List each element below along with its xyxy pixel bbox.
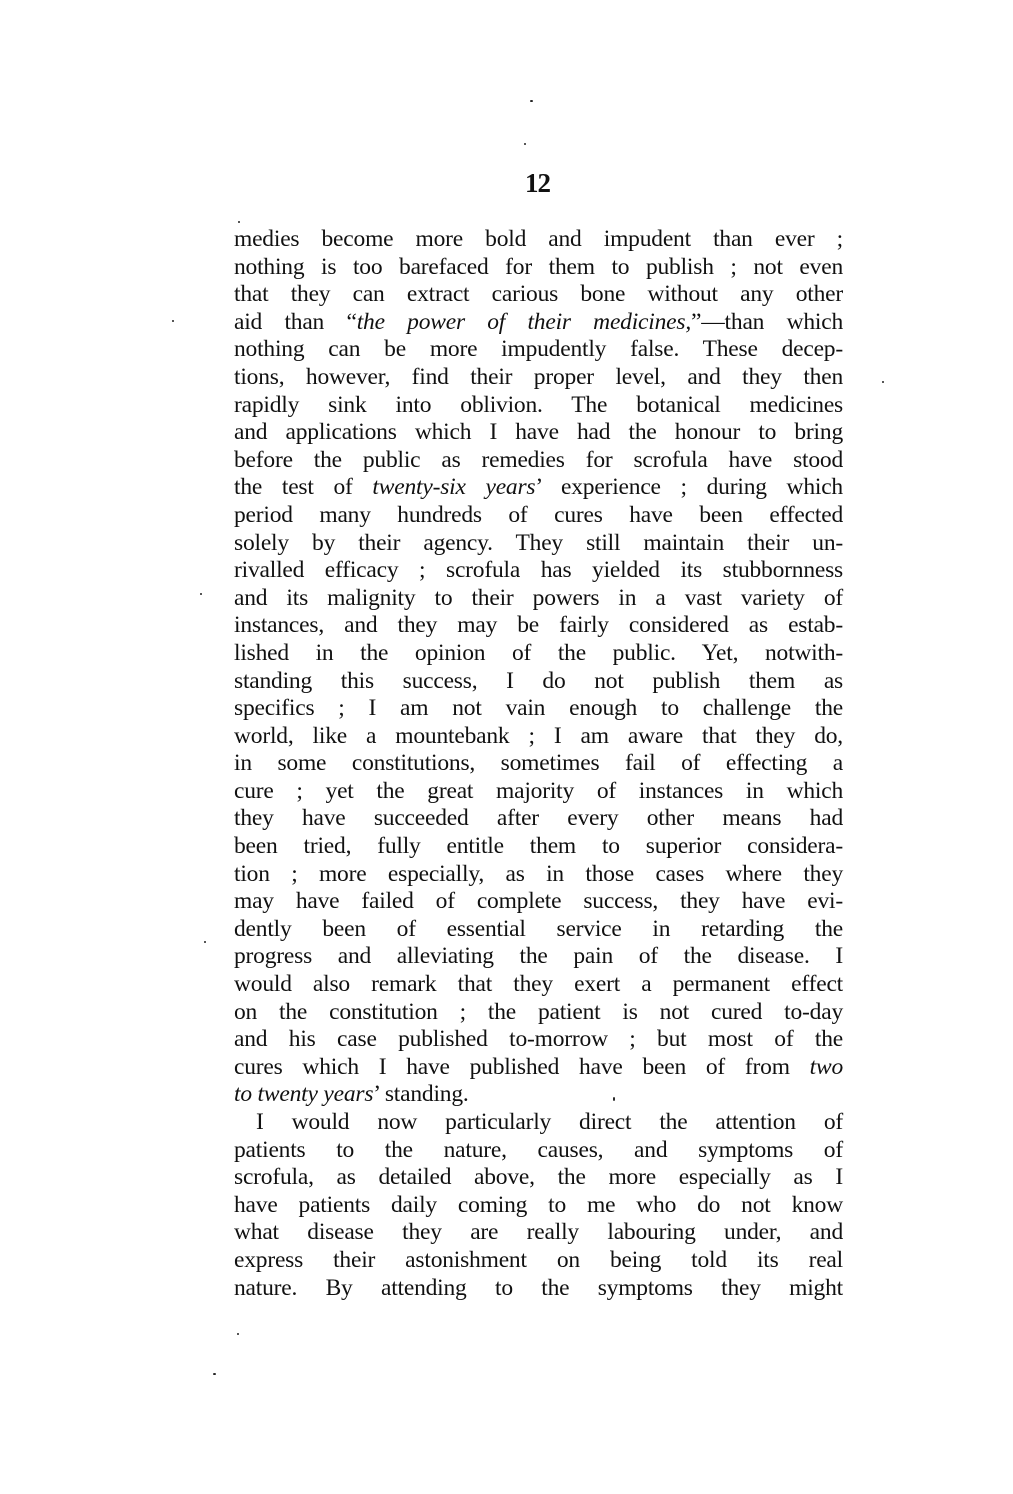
text-line: cures which I have published have been o… [234, 1054, 843, 1082]
text-line: nothing is too barefaced for them to pub… [234, 254, 843, 282]
text-segment: instances, and they may be fairly consid… [234, 612, 843, 638]
text-line: patients to the nature, causes, and symp… [234, 1137, 843, 1165]
text-segment: cure ; yet the great majority of instanc… [234, 778, 843, 804]
text-segment: that they can extract carious bone witho… [234, 281, 843, 307]
body-text: medies become more bold and impudent tha… [234, 226, 843, 1302]
text-line: to twenty years’ standing. [234, 1081, 843, 1109]
text-line: specifics ; I am not vain enough to chal… [234, 695, 843, 723]
text-line: before the public as remedies for scrofu… [234, 447, 843, 475]
italic-text: twenty-six years [372, 474, 535, 500]
text-line: instances, and they may be fairly consid… [234, 612, 843, 640]
speck-mark [530, 100, 533, 102]
text-line: rapidly sink into oblivion. The botanica… [234, 392, 843, 420]
text-line: world, like a mountebank ; I am aware th… [234, 723, 843, 751]
text-line: and his case published to-morrow ; but m… [234, 1026, 843, 1054]
speck-mark [200, 593, 202, 595]
text-segment: and applications which I have had the ho… [234, 419, 843, 445]
text-segment: would also remark that they exert a perm… [234, 971, 843, 997]
text-line: and its malignity to their powers in a v… [234, 585, 843, 613]
text-line: express their astonishment on being told… [234, 1247, 843, 1275]
text-segment: rivalled efficacy ; scrofula has yielded… [234, 557, 843, 583]
speck-mark [882, 381, 884, 383]
text-segment: may have failed of complete success, the… [234, 888, 843, 914]
text-segment: patients to the nature, causes, and symp… [234, 1137, 843, 1163]
text-line: what disease they are really labouring u… [234, 1219, 843, 1247]
text-line: cure ; yet the great majority of instanc… [234, 778, 843, 806]
text-line: they have succeeded after every other me… [234, 805, 843, 833]
text-segment: nothing can be more impudently false. Th… [234, 336, 843, 362]
speck-mark [524, 143, 526, 145]
text-segment: progress and alleviating the pain of the… [234, 943, 843, 969]
page-number: 12 [0, 168, 1013, 198]
text-segment: solely by their agency. They still maint… [234, 530, 843, 556]
text-line: standing this success, I do not publish … [234, 668, 843, 696]
text-line: period many hundreds of cures have been … [234, 502, 843, 530]
text-segment: and its malignity to their powers in a v… [234, 585, 843, 611]
text-segment: have patients daily coming to me who do … [234, 1192, 843, 1218]
text-line: would also remark that they exert a perm… [234, 971, 843, 999]
text-line: may have failed of complete success, the… [234, 888, 843, 916]
text-segment: I would now particularly direct the atte… [256, 1109, 843, 1135]
text-segment: standing this success, I do not publish … [234, 668, 843, 694]
text-segment: express their astonishment on being told… [234, 1247, 843, 1273]
text-line: been tried, fully entitle them to superi… [234, 833, 843, 861]
text-segment: specifics ; I am not vain enough to chal… [234, 695, 843, 721]
text-line: rivalled efficacy ; scrofula has yielded… [234, 557, 843, 585]
text-segment: lished in the opinion of the public. Yet… [234, 640, 843, 666]
speck-mark [237, 1333, 239, 1335]
text-line: medies become more bold and impudent tha… [234, 226, 843, 254]
text-line: in some constitutions, sometimes fail of… [234, 750, 843, 778]
text-segment: aid than “ [234, 309, 357, 335]
italic-text: two [810, 1054, 843, 1080]
text-segment: in some constitutions, sometimes fail of… [234, 750, 843, 776]
text-segment: tion ; more especially, as in those case… [234, 861, 843, 887]
speck-mark [613, 1097, 615, 1101]
text-segment: before the public as remedies for scrofu… [234, 447, 843, 473]
text-segment: cures which I have published have been o… [234, 1054, 810, 1080]
text-line: on the constitution ; the patient is not… [234, 999, 843, 1027]
text-line: tion ; more especially, as in those case… [234, 861, 843, 889]
text-line: the test of twenty-six years’ experience… [234, 474, 843, 502]
text-segment: scrofula, as detailed above, the more es… [234, 1164, 843, 1190]
text-line: dently been of essential service in reta… [234, 916, 843, 944]
text-line: solely by their agency. They still maint… [234, 530, 843, 558]
text-segment: ”—than which [691, 309, 843, 335]
text-line: scrofula, as detailed above, the more es… [234, 1164, 843, 1192]
text-segment: they have succeeded after every other me… [234, 805, 843, 831]
text-segment: been tried, fully entitle them to superi… [234, 833, 843, 859]
scanned-book-page: 12 medies become more bold and impudent … [0, 0, 1013, 1494]
text-line: nothing can be more impudently false. Th… [234, 336, 843, 364]
text-line: nature. By attending to the symptoms the… [234, 1275, 843, 1303]
text-segment: what disease they are really labouring u… [234, 1219, 843, 1245]
text-line: have patients daily coming to me who do … [234, 1192, 843, 1220]
text-segment: period many hundreds of cures have been … [234, 502, 843, 528]
text-line: progress and alleviating the pain of the… [234, 943, 843, 971]
text-line: tions, however, find their proper level,… [234, 364, 843, 392]
text-segment: on the constitution ; the patient is not… [234, 999, 843, 1025]
italic-text: the power of their medicines, [357, 309, 691, 335]
speck-mark [238, 221, 240, 223]
text-segment: medies become more bold and impudent tha… [234, 226, 843, 252]
text-segment: the test of [234, 474, 372, 500]
speck-mark [172, 320, 174, 322]
speck-mark [213, 1373, 216, 1375]
text-line: aid than “the power of their medicines,”… [234, 309, 843, 337]
text-line: that they can extract carious bone witho… [234, 281, 843, 309]
text-segment: world, like a mountebank ; I am aware th… [234, 723, 843, 749]
text-segment: rapidly sink into oblivion. The botanica… [234, 392, 843, 418]
text-segment: tions, however, find their proper level,… [234, 364, 843, 390]
speck-mark [204, 941, 206, 943]
text-segment: and his case published to-morrow ; but m… [234, 1026, 843, 1052]
text-segment: ’ experience ; during which [535, 474, 843, 500]
text-line: I would now particularly direct the atte… [234, 1109, 843, 1137]
italic-text: to twenty years [234, 1081, 373, 1107]
text-segment: dently been of essential service in reta… [234, 916, 843, 942]
text-segment: nothing is too barefaced for them to pub… [234, 254, 843, 280]
text-segment: ’ standing. [373, 1081, 468, 1107]
text-segment: nature. By attending to the symptoms the… [234, 1275, 843, 1301]
text-line: lished in the opinion of the public. Yet… [234, 640, 843, 668]
text-line: and applications which I have had the ho… [234, 419, 843, 447]
